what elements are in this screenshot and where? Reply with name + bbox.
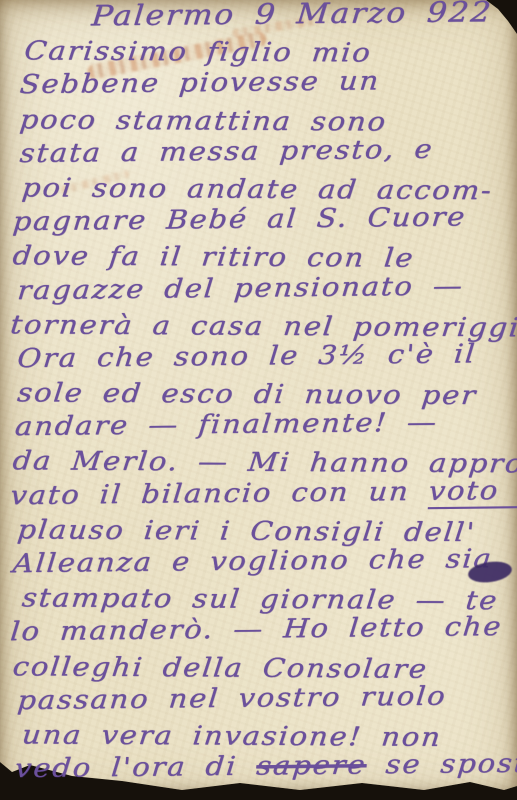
underlined-phrase: voto di <box>427 474 517 509</box>
letter-line: pagnare Bebé al S. Cuore <box>6 200 517 242</box>
line-text: vato il bilancio con un <box>9 476 430 511</box>
letter-line: stata a messa presto, e <box>6 132 517 174</box>
letter-body: Palermo 9 Marzo 922 Carissimo figlio mio… <box>8 2 517 788</box>
letter-line: ragazze del pensionato — <box>6 269 517 311</box>
letter-photo: Palermo 9 Marzo 922 Carissimo figlio mio… <box>0 0 517 800</box>
letter-line: lo manderò. — Ho letto che 40 <box>6 610 517 652</box>
line-text: vedo l'ora di <box>14 751 258 784</box>
letter-line: passano nel vostro ruolo <box>6 679 517 721</box>
struck-word: sapere <box>255 750 368 781</box>
letter-line: Sebbene piovesse un <box>6 63 517 105</box>
place-date-line: Palermo 9 Marzo 922 <box>6 0 517 37</box>
letter-line: andare — finalmente! — <box>6 405 517 447</box>
line-text: se spostan <box>365 748 517 780</box>
letter-line: Ora che sono le 3½ c'è il <box>6 337 517 379</box>
letter-line: vato il bilancio con un voto di <box>6 474 517 516</box>
letter-line: vedo l'ora di sapere se spostan <box>6 747 517 789</box>
letter-line: Alleanza e vogliono che sia <box>6 542 517 584</box>
